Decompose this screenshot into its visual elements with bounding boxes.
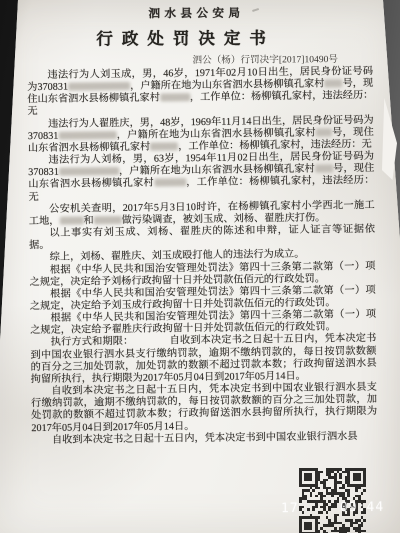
document-paragraph: 违法行为人刘玉成，男，46岁，1971年02月10日出生，居民身份证号码为370… bbox=[27, 66, 374, 119]
redacted-text bbox=[154, 179, 186, 187]
document-title: 行政处罚决定书 bbox=[27, 24, 372, 50]
document-number: 泗公（杨）行罚决字[2017]10490号 bbox=[27, 51, 372, 67]
paper-speck bbox=[365, 114, 367, 116]
redacted-text bbox=[58, 131, 116, 140]
redacted-text bbox=[316, 128, 332, 136]
redacted-text bbox=[68, 82, 130, 91]
redacted-text bbox=[150, 142, 178, 150]
blank-space bbox=[133, 343, 169, 344]
document-paragraph: 违法行为人刘杨，男，63岁，1954年11月02日出生，居民身份证号码为3708… bbox=[28, 151, 375, 204]
document-paragraph: 自收到本决定书之日起十五日内，凭本决定书到中国农业银行泗水县支行缴纳罚款，逾期不… bbox=[31, 382, 378, 435]
redacted-text bbox=[160, 93, 190, 101]
redacted-text bbox=[59, 167, 119, 176]
document-header: 泗水县公安局 行政处罚决定书 bbox=[27, 4, 372, 50]
document-number-text: 泗公（杨）行罚决字[2017]10490号 bbox=[192, 51, 338, 66]
camera-timestamp-left: 17 bbox=[281, 501, 299, 516]
redacted-text bbox=[59, 216, 83, 224]
redacted-text bbox=[94, 216, 122, 224]
redacted-text bbox=[324, 79, 342, 87]
camera-timestamp-right: 09:44 bbox=[340, 500, 384, 515]
document-paragraph: 执行方式和期限：自收到本决定书之日起十五日内，凭本决定书到中国农业银行泗水县支行… bbox=[30, 333, 377, 386]
document-paragraph: 违法行为人翟胜庆，男，48岁，1969年11月14日出生，居民身份证号码为370… bbox=[28, 115, 374, 156]
document-body: 违法行为人刘玉成，男，46岁，1971年02月10日出生，居民身份证号码为370… bbox=[27, 66, 378, 447]
penalty-decision-document: 泗水县公安局 行政处罚决定书 泗公（杨）行罚决字[2017]10490号 违法行… bbox=[0, 0, 400, 533]
redacted-text bbox=[315, 165, 333, 173]
agency-name: 泗水县公安局 bbox=[27, 4, 372, 22]
